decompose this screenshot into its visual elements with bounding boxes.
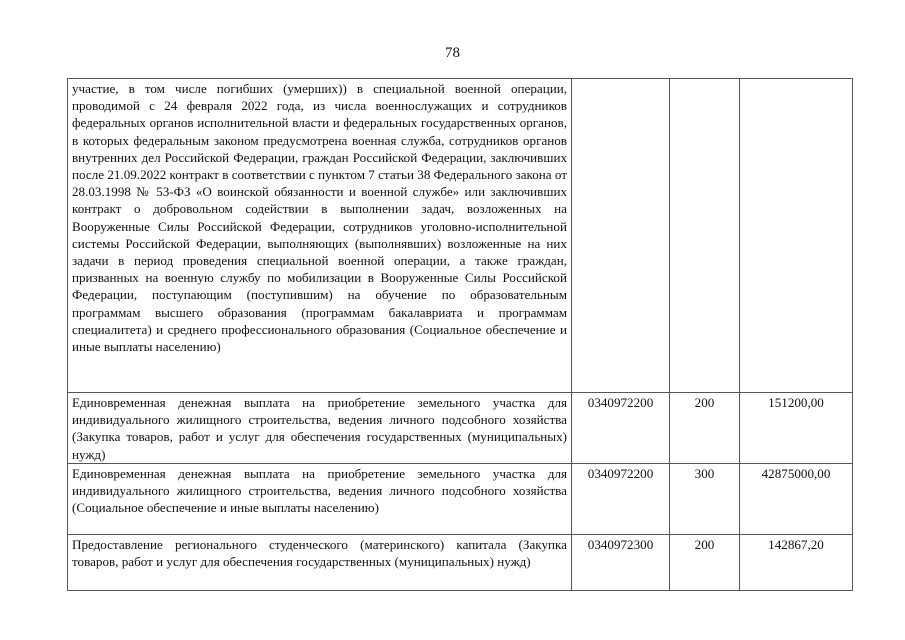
table-row: Единовременная денежная выплата на приоб… <box>68 393 853 464</box>
budget-table: участие, в том числе погибших (умерших))… <box>67 78 853 591</box>
row-expense-type <box>670 79 740 393</box>
row-amount: 42875000,00 <box>740 464 853 535</box>
table-row: Единовременная денежная выплата на приоб… <box>68 464 853 535</box>
row-description: Предоставление регионального студенческо… <box>68 535 572 591</box>
table-row: Предоставление регионального студенческо… <box>68 535 853 591</box>
table-row: участие, в том числе погибших (умерших))… <box>68 79 853 393</box>
row-description: Единовременная денежная выплата на приоб… <box>68 393 572 464</box>
row-description: участие, в том числе погибших (умерших))… <box>68 79 572 393</box>
row-amount <box>740 79 853 393</box>
row-description: Единовременная денежная выплата на приоб… <box>68 464 572 535</box>
row-amount: 151200,00 <box>740 393 853 464</box>
row-expense-type: 200 <box>670 535 740 591</box>
row-target-code <box>572 79 670 393</box>
row-expense-type: 200 <box>670 393 740 464</box>
row-expense-type: 300 <box>670 464 740 535</box>
row-target-code: 0340972200 <box>572 464 670 535</box>
row-target-code: 0340972300 <box>572 535 670 591</box>
row-amount: 142867,20 <box>740 535 853 591</box>
row-target-code: 0340972200 <box>572 393 670 464</box>
page-number: 78 <box>0 44 905 62</box>
